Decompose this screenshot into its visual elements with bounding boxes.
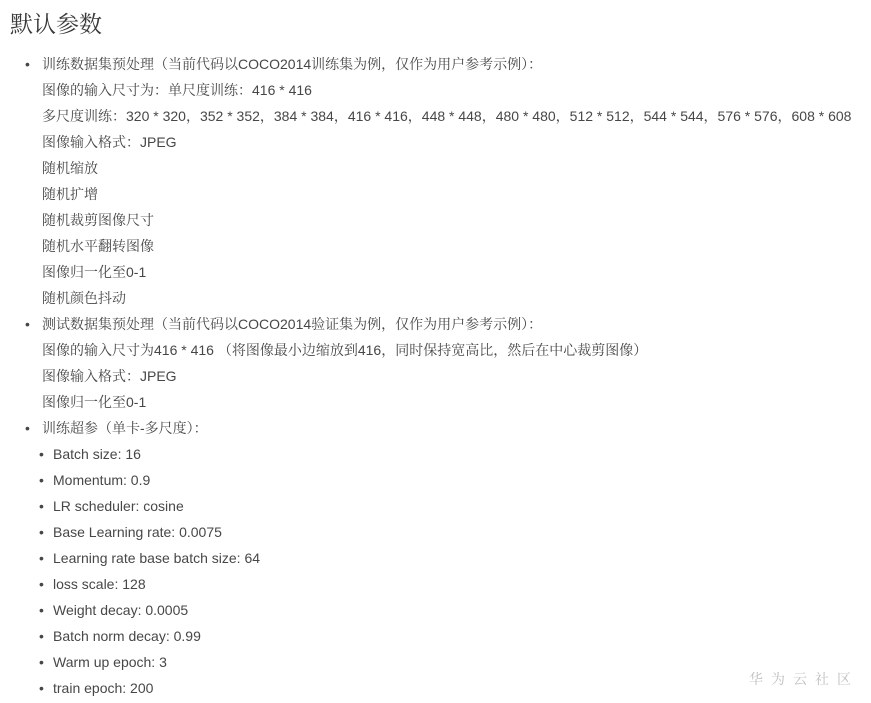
detail-line: 随机水平翻转图像 [42,233,871,259]
sub-bullet-item: Batch size: 16 [53,441,871,467]
page-title: 默认参数 [10,10,871,38]
bullet-label: 测试数据集预处理（当前代码以COCO2014验证集为例，仅作为用户参考示例）： [42,311,871,337]
detail-line: 图像归一化至0-1 [42,389,871,415]
detail-line: 随机扩增 [42,181,871,207]
watermark: 华为云社区 [749,669,859,689]
detail-line: 随机颜色抖动 [42,285,871,311]
sub-bullet-item: Learning rate base batch size: 64 [53,545,871,571]
bullet-label: 训练数据集预处理（当前代码以COCO2014训练集为例，仅作为用户参考示例）： [42,51,871,77]
detail-line: 随机缩放 [42,155,871,181]
article-page: 默认参数 训练数据集预处理（当前代码以COCO2014训练集为例，仅作为用户参考… [0,0,871,701]
detail-line: 图像归一化至0-1 [42,259,871,285]
sub-bullet-list: Batch size: 16Momentum: 0.9LR scheduler:… [53,441,871,701]
sub-bullet-item: Batch norm decay: 0.99 [53,623,871,649]
bullet-item: 训练超参（单卡-多尺度）：Batch size: 16Momentum: 0.9… [42,415,871,701]
detail-line: 图像输入格式：JPEG [42,363,871,389]
sub-bullet-item: Base Learning rate: 0.0075 [53,519,871,545]
bullet-item: 训练数据集预处理（当前代码以COCO2014训练集为例，仅作为用户参考示例）：图… [42,51,871,311]
detail-line: 图像的输入尺寸为：单尺度训练：416 * 416 [42,77,871,103]
parameter-list: 训练数据集预处理（当前代码以COCO2014训练集为例，仅作为用户参考示例）：图… [42,51,871,701]
detail-line: 随机裁剪图像尺寸 [42,207,871,233]
sub-bullet-item: loss scale: 128 [53,571,871,597]
bullet-label: 训练超参（单卡-多尺度）： [42,415,871,441]
sub-bullet-item: Weight decay: 0.0005 [53,597,871,623]
sub-bullet-item: LR scheduler: cosine [53,493,871,519]
detail-line: 图像输入格式：JPEG [42,129,871,155]
bullet-item: 测试数据集预处理（当前代码以COCO2014验证集为例，仅作为用户参考示例）：图… [42,311,871,415]
detail-line: 图像的输入尺寸为416 * 416 （将图像最小边缩放到416，同时保持宽高比，… [42,337,871,363]
detail-line: 多尺度训练：320 * 320，352 * 352，384 * 384，416 … [42,103,871,129]
sub-bullet-item: Momentum: 0.9 [53,467,871,493]
